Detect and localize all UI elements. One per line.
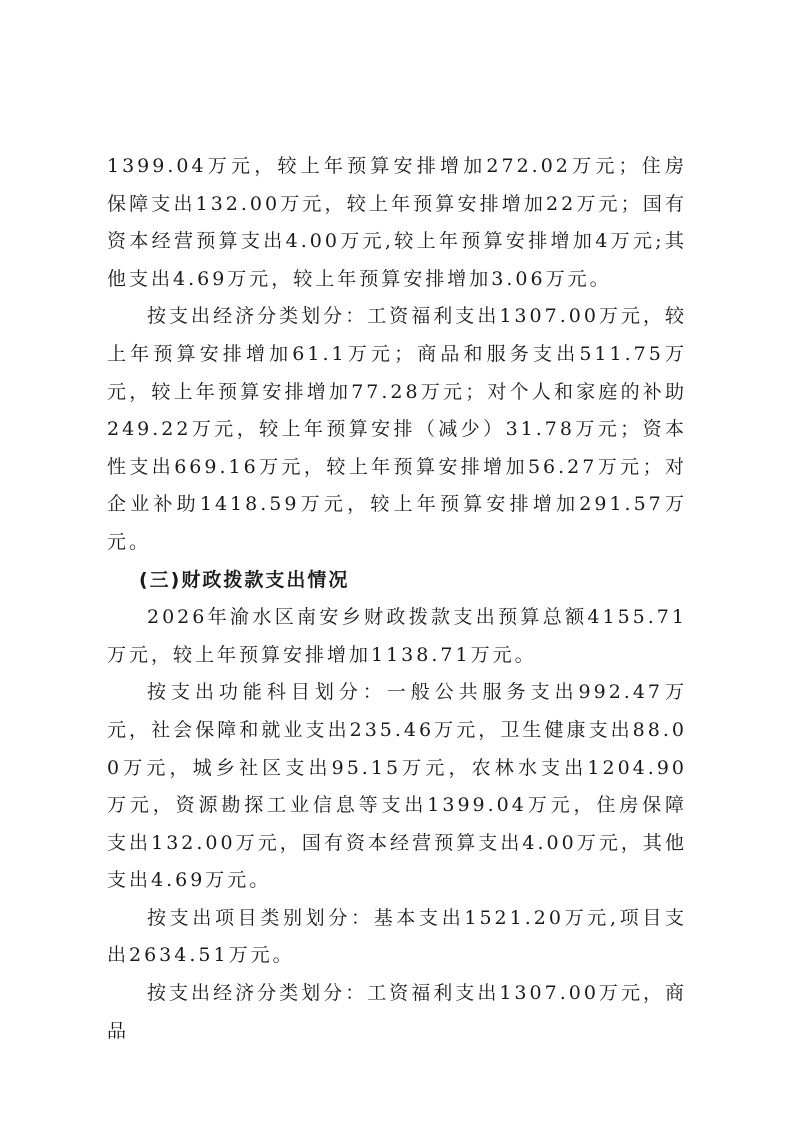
- section-heading: (三)财政拨款支出情况: [107, 562, 687, 600]
- paragraph-project-category: 按支出项目类别划分：基本支出1521.20万元,项目支出2634.51万元。: [107, 900, 687, 975]
- document-page: 1399.04万元，较上年预算安排增加272.02万元；住房保障支出132.00…: [107, 148, 687, 1050]
- paragraph-economic-classification-2: 按支出经济分类划分：工资福利支出1307.00万元，商品: [107, 975, 687, 1050]
- paragraph-functional-expenditure-continued: 1399.04万元，较上年预算安排增加272.02万元；住房保障支出132.00…: [107, 148, 687, 298]
- paragraph-total-appropriation: 2026年渝水区南安乡财政拨款支出预算总额4155.71万元，较上年预算安排增加…: [107, 599, 687, 674]
- paragraph-functional-classification: 按支出功能科目划分：一般公共服务支出992.47万元，社会保障和就业支出235.…: [107, 674, 687, 900]
- paragraph-economic-classification: 按支出经济分类划分：工资福利支出1307.00万元，较上年预算安排增加61.1万…: [107, 298, 687, 561]
